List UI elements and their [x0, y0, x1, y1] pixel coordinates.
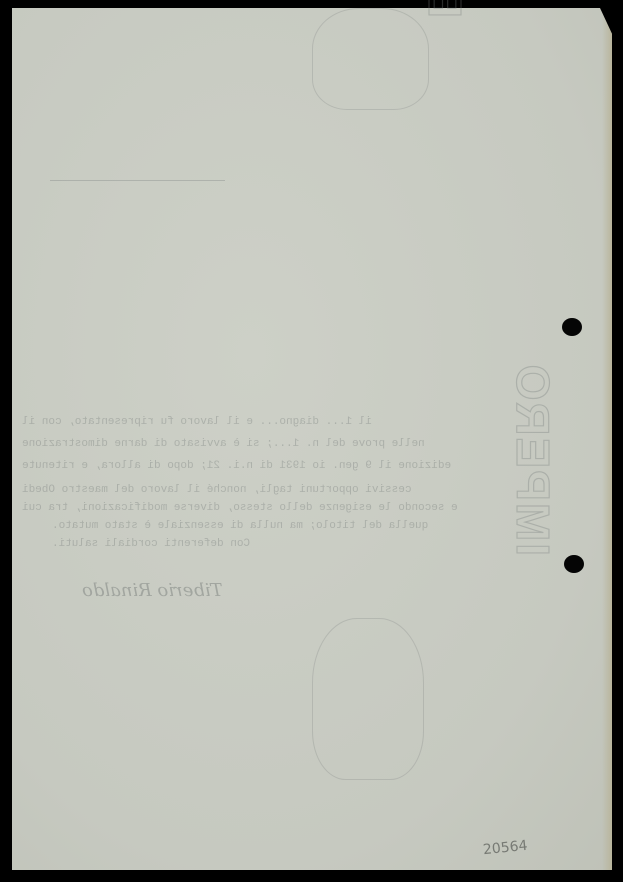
watermark-top: EBO: [418, 0, 472, 18]
crown-watermark-bottom: [312, 618, 424, 780]
text-line: e secondo le esigenze dello stesso, dive…: [22, 502, 458, 514]
text-line: nelle prove del n. 1...; si è avvisato d…: [22, 438, 425, 450]
text-line: cessivi opportuni tagli, nonché il lavor…: [22, 484, 411, 496]
text-line: Con deferenti cordiali saluti.: [52, 538, 250, 550]
punch-hole-top: [562, 318, 582, 336]
text-line: edizione il 9 gen. io 1931 di n.i. 21; d…: [22, 460, 451, 472]
underline-rule: [50, 180, 225, 181]
document-page: EBO IMPERO Con deferenti cordiali saluti…: [12, 8, 612, 870]
watermark-bottom: IMPERO: [506, 363, 560, 556]
signature: Tiberio Rinaldo: [82, 580, 223, 601]
punch-hole-bottom: [564, 555, 584, 573]
text-line: il 1... diagno... e il lavoro fu riprese…: [22, 416, 392, 428]
crown-watermark-top: [312, 8, 429, 110]
paper-edge: [602, 8, 612, 870]
text-line: quella del titolo; ma nulla di essenzial…: [52, 520, 428, 532]
